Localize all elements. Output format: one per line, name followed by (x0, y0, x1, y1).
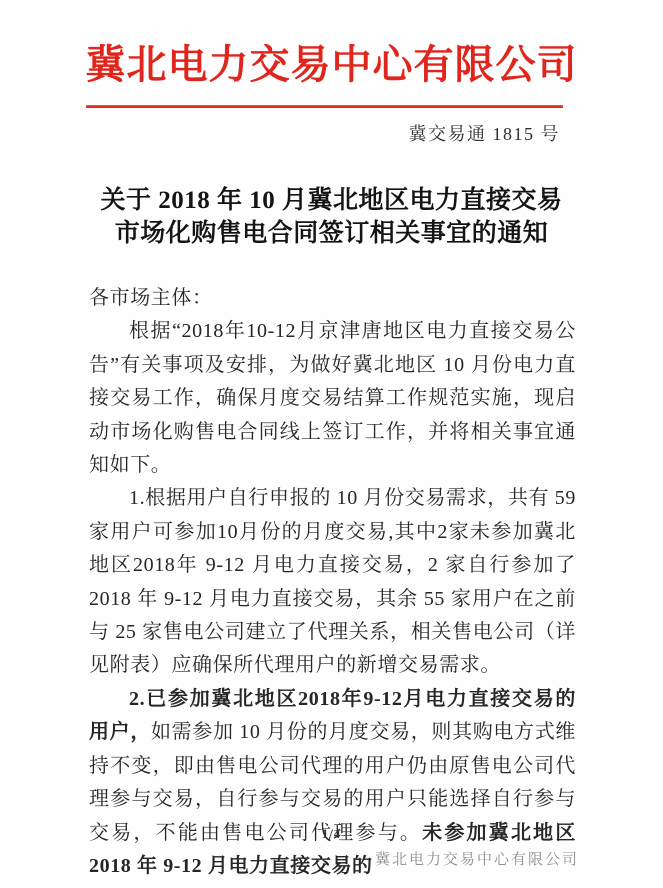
footer-org-name: 冀北电力交易中心有限公司 (375, 848, 579, 869)
document-number: 冀交易通 1815 号 (409, 120, 561, 146)
document-body: 各市场主体： 根据“2018年10-12月京津唐地区电力直接交易公告”有关事项及… (89, 282, 576, 883)
paragraph: 根据“2018年10-12月京津唐地区电力直接交易公告”有关事项及安排，为做好冀… (89, 315, 576, 482)
page-number: 1/4 (0, 826, 663, 842)
document-title-line2: 市场化购售电合同签订相关事宜的通知 (0, 217, 663, 250)
salutation: 各市场主体： (89, 282, 576, 315)
paragraphs: 根据“2018年10-12月京津唐地区电力直接交易公告”有关事项及安排，为做好冀… (89, 315, 576, 883)
paragraph: 1.根据用户自行申报的 10 月份交易需求，共有 59 家用户可参加10月份的月… (89, 482, 576, 682)
letterhead-org-name: 冀北电力交易中心有限公司 (0, 33, 663, 90)
document-title-line1: 关于 2018 年 10 月冀北地区电力直接交易 (0, 184, 663, 217)
document-page: 冀北电力交易中心有限公司 冀交易通 1815 号 关于 2018 年 10 月冀… (0, 0, 663, 888)
letterhead-red-rule (86, 105, 563, 108)
document-title: 关于 2018 年 10 月冀北地区电力直接交易 市场化购售电合同签订相关事宜的… (0, 184, 663, 250)
paragraph-segment: 根据“2018年10-12月京津唐地区电力直接交易公告”有关事项及安排，为做好冀… (89, 320, 576, 476)
paragraph-segment: 1.根据用户自行申报的 10 月份交易需求，共有 59 家用户可参加10月份的月… (89, 487, 576, 676)
